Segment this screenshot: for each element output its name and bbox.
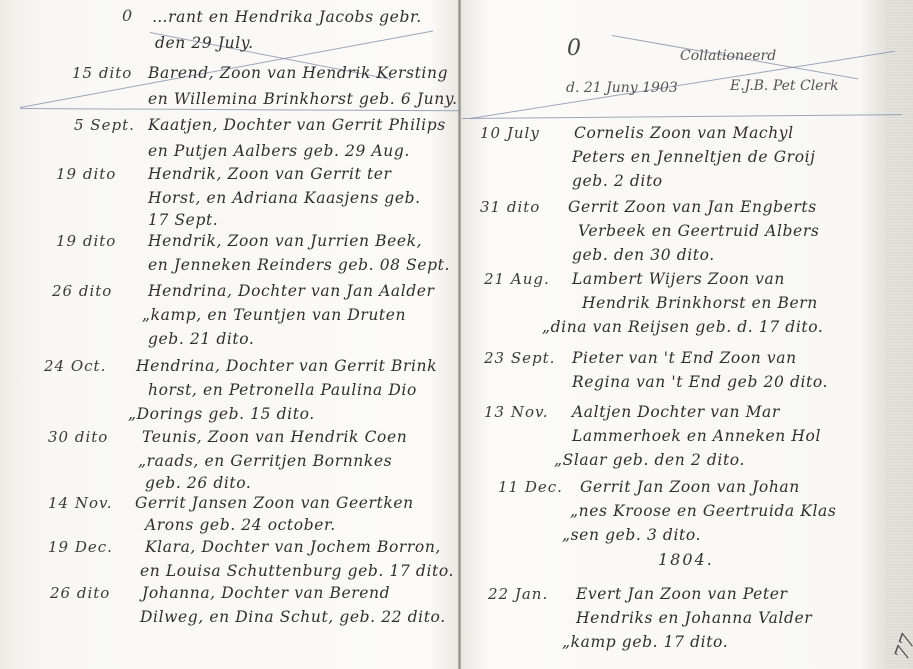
entry-line: „dina van Reijsen geb. d. 17 dito. bbox=[542, 318, 823, 336]
entry-line: Hendrik Brinkhorst en Bern bbox=[582, 294, 818, 312]
entry-line: geb. 21 dito. bbox=[148, 330, 254, 348]
entry-line: Lammerhoek en Anneken Hol bbox=[572, 427, 821, 445]
left-page: 0 …rant en Hendrika Jacobs gebr. den 29 … bbox=[0, 0, 458, 669]
entry-date: 13 Nov. bbox=[484, 403, 548, 421]
scanned-register: 0 …rant en Hendrika Jacobs gebr. den 29 … bbox=[0, 0, 913, 669]
entry-line: „kamp, en Teuntjen van Druten bbox=[142, 306, 406, 324]
collation-date: d. 21 Juny 1903 bbox=[566, 80, 678, 96]
entry-date: 30 dito bbox=[48, 428, 108, 446]
entry-date: 15 dito bbox=[72, 64, 132, 82]
entry-line: Teunis, Zoon van Hendrik Coen bbox=[142, 428, 407, 446]
entry-line: en Jenneken Reinders geb. 08 Sept. bbox=[148, 256, 450, 274]
entry-date: 21 Aug. bbox=[484, 270, 550, 288]
entry-date: 19 dito bbox=[56, 165, 116, 183]
entry-line: „kamp geb. 17 dito. bbox=[562, 633, 728, 651]
entry-line: Arons geb. 24 october. bbox=[145, 516, 336, 534]
entry-date: 11 Dec. bbox=[498, 478, 563, 496]
entry-line: Hendrina, Dochter van Gerrit Brink bbox=[136, 357, 437, 375]
entry-line: Horst, en Adriana Kaasjens geb. bbox=[148, 189, 421, 207]
top-mark: 0 bbox=[122, 6, 132, 25]
entry-line: horst, en Petronella Paulina Dio bbox=[148, 381, 417, 399]
entry-date: 22 Jan. bbox=[488, 585, 548, 603]
entry-line: Kaatjen, Dochter van Gerrit Philips bbox=[148, 116, 446, 134]
entry-line: den 29 July. bbox=[155, 34, 254, 52]
entry-line: Hendrik, Zoon van Jurrien Beek, bbox=[148, 232, 422, 250]
entry-line: „Dorings geb. 15 dito. bbox=[128, 405, 315, 423]
collation-note: Collationeerd bbox=[680, 48, 776, 64]
entry-line: Aaltjen Dochter van Mar bbox=[572, 403, 780, 421]
entry-date: 19 Dec. bbox=[48, 538, 113, 556]
entry-line: Barend, Zoon van Hendrik Kersting bbox=[148, 64, 448, 82]
entry-date: 19 dito bbox=[56, 232, 116, 250]
entry-line: Klara, Dochter van Jochem Borron, bbox=[145, 538, 441, 556]
entry-line: Pieter van 't End Zoon van bbox=[572, 349, 797, 367]
entry-line: Gerrit Zoon van Jan Engberts bbox=[568, 198, 817, 216]
entry-line: „Slaar geb. den 2 dito. bbox=[554, 451, 745, 469]
entry-line: Verbeek en Geertruid Albers bbox=[578, 222, 819, 240]
entry-line: Hendrik, Zoon van Gerrit ter bbox=[148, 165, 392, 183]
entry-line: geb. 26 dito. bbox=[145, 474, 251, 492]
entry-line: „nes Kroose en Geertruida Klas bbox=[570, 502, 836, 520]
entry-line: „sen geb. 3 dito. bbox=[562, 526, 701, 544]
clerk-signature: E.J.B. Pet Clerk bbox=[730, 78, 839, 94]
entry-line: 17 Sept. bbox=[148, 211, 218, 229]
entry-date: 31 dito bbox=[480, 198, 540, 216]
entry-date: 26 dito bbox=[50, 584, 110, 602]
entry-date: 10 July bbox=[480, 124, 540, 142]
entry-line: Gerrit Jan Zoon van Johan bbox=[580, 478, 800, 496]
entry-line: Dilweg, en Dina Schut, geb. 22 dito. bbox=[140, 608, 446, 626]
entry-date: 14 Nov. bbox=[48, 494, 112, 512]
entry-line: Gerrit Jansen Zoon van Geertken bbox=[135, 494, 414, 512]
entry-date: 26 dito bbox=[52, 282, 112, 300]
entry-line: Hendrina, Dochter van Jan Aalder bbox=[148, 282, 435, 300]
entry-line: Hendriks en Johanna Valder bbox=[576, 609, 812, 627]
right-page: 0 Collationeerd d. 21 Juny 1903 E.J.B. P… bbox=[462, 0, 913, 669]
book-binding bbox=[458, 0, 461, 669]
entry-line: en Louisa Schuttenburg geb. 17 dito. bbox=[140, 562, 454, 580]
entry-line: „raads, en Gerritjen Bornnkes bbox=[138, 452, 392, 470]
page-number: 77 bbox=[889, 631, 913, 663]
entry-line: …rant en Hendrika Jacobs gebr. bbox=[152, 8, 422, 26]
entry-line: Evert Jan Zoon van Peter bbox=[576, 585, 788, 603]
year-heading: 1804. bbox=[658, 550, 714, 569]
entry-line: Regina van 't End geb 20 dito. bbox=[572, 373, 828, 391]
entry-line: geb. 2 dito bbox=[572, 172, 663, 190]
entry-line: geb. den 30 dito. bbox=[572, 246, 715, 264]
entry-line: Peters en Jenneltjen de Groij bbox=[572, 148, 816, 166]
entry-line: en Willemina Brinkhorst geb. 6 Juny. bbox=[148, 90, 458, 108]
top-mark: 0 bbox=[567, 36, 581, 61]
entry-date: 23 Sept. bbox=[484, 349, 555, 367]
entry-line: Cornelis Zoon van Machyl bbox=[574, 124, 794, 142]
entry-date: 5 Sept. bbox=[74, 116, 135, 134]
entry-line: Lambert Wijers Zoon van bbox=[572, 270, 785, 288]
entry-date: 24 Oct. bbox=[44, 357, 106, 375]
entry-line: en Putjen Aalbers geb. 29 Aug. bbox=[148, 142, 410, 160]
entry-line: Johanna, Dochter van Berend bbox=[142, 584, 390, 602]
